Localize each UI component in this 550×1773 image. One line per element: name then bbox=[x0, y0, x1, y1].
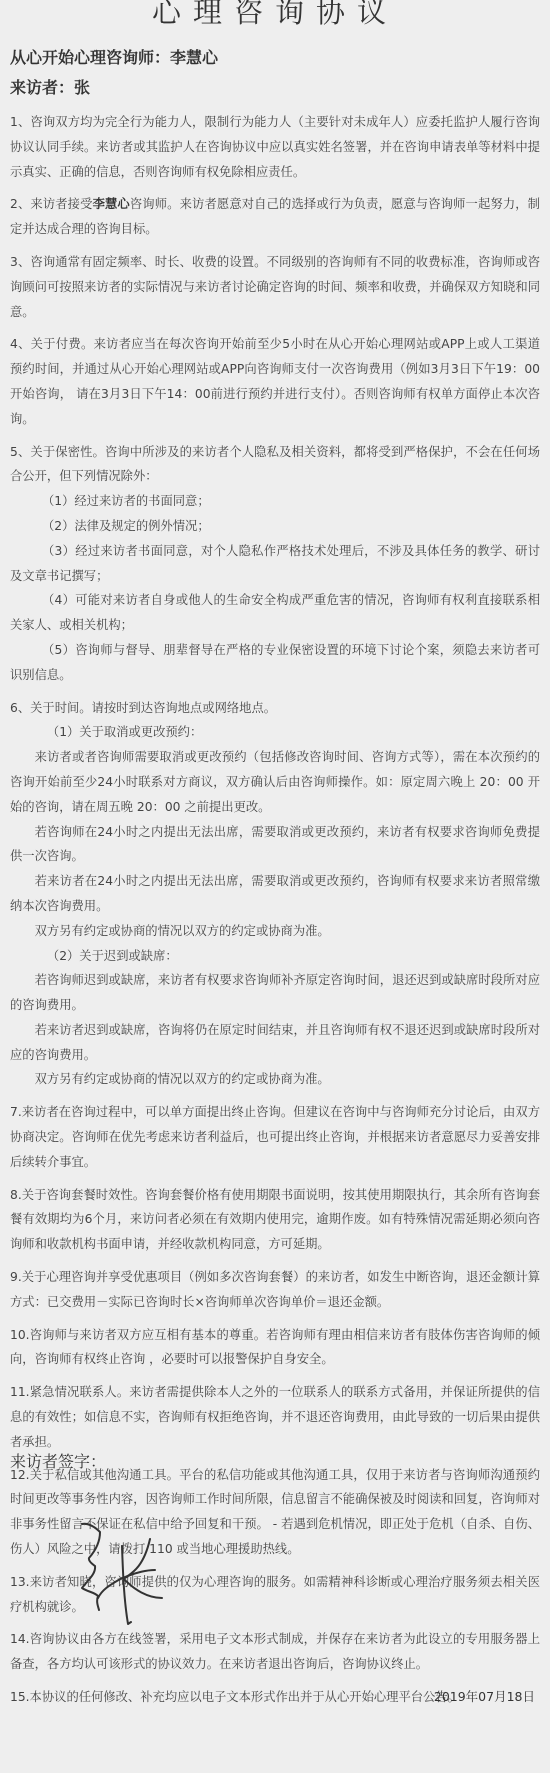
clause-9: 9.关于心理咨询并享受优惠项目（例如多次咨询套餐）的来访者，如发生中断咨询，退还… bbox=[10, 1265, 540, 1315]
clause-6-sub1-line: 来访者或者咨询师需要取消或更改预约（包括修改咨询时间、咨询方式等），需在本次预约… bbox=[10, 745, 540, 819]
clause-1: 1、咨询双方均为完全行为能力人，限制行为能力人（主要针对未成年人）应委托监护人履… bbox=[10, 110, 540, 184]
page-title: 心理咨询协议 bbox=[0, 0, 550, 32]
clause-5: 5、关于保密性。咨询中所涉及的来访者个人隐私及相关资料，都将受到严格保护，不会在… bbox=[10, 440, 540, 688]
clause-6-sub2-line: 若来访者迟到或缺席，咨询将仍在原定时间结束，并且咨询师有权不退还迟到或缺席时段所… bbox=[10, 1018, 540, 1068]
clause-5-item: （5）咨询师与督导、朋辈督导在严格的专业保密设置的环境下讨论个案，须隐去来访者可… bbox=[10, 638, 540, 688]
clause-6-sub2-line: 双方另有约定或协商的情况以双方的约定或协商为准。 bbox=[10, 1067, 540, 1092]
clause-2: 2、来访者接受李慧心咨询师。来访者愿意对自己的选择或行为负责，愿意与咨询师一起努… bbox=[10, 192, 540, 242]
clause-6-sub2-title: （2）关于迟到或缺席： bbox=[10, 944, 540, 969]
clause-5-intro: 5、关于保密性。咨询中所涉及的来访者个人隐私及相关资料，都将受到严格保护，不会在… bbox=[10, 440, 540, 490]
clause-5-item: （3）经过来访者书面同意，对个人隐私作严格技术处理后，不涉及具体任务的教学、研讨… bbox=[10, 539, 540, 589]
clause-4: 4、关于付费。来访者应当在每次咨询开始前至少5小时在从心开始心理网站或APP上或… bbox=[10, 332, 540, 431]
counselor-heading: 从心开始心理咨询师：李慧心 bbox=[10, 48, 218, 68]
clause-5-item: （1）经过来访者的书面同意； bbox=[10, 489, 540, 514]
counselor-name: 李慧心 bbox=[93, 197, 130, 211]
clause-6-intro: 6、关于时间。请按时到达咨询地点或网络地点。 bbox=[10, 696, 540, 721]
clause-6-sub1-line: 若来访者在24小时之内提出无法出席，需要取消或更改预约，咨询师有权要求来访者照常… bbox=[10, 869, 540, 919]
clause-6-sub1-line: 双方另有约定或协商的情况以双方的约定或协商为准。 bbox=[10, 919, 540, 944]
clause-10: 10.咨询师与来访者双方应互相有基本的尊重。若咨询师有理由相信来访者有肢体伤害咨… bbox=[10, 1323, 540, 1373]
clause-6-sub2-line: 若咨询师迟到或缺席，来访者有权要求咨询师补齐原定咨询时间，退还迟到或缺席时段所对… bbox=[10, 968, 540, 1018]
handwritten-signature bbox=[78, 1520, 178, 1635]
clause-5-item: （4）可能对来访者自身或他人的生命安全构成严重危害的情况，咨询师有权利直接联系相… bbox=[10, 588, 540, 638]
clause-11: 11.紧急情况联系人。来访者需提供除本人之外的一位联系人的联系方式备用，并保证所… bbox=[10, 1380, 540, 1454]
clause-7: 7.来访者在咨询过程中，可以单方面提出终止咨询。但建议在咨询中与咨询师充分讨论后… bbox=[10, 1100, 540, 1174]
clause-3: 3、咨询通常有固定频率、时长、收费的设置。不同级别的咨询师有不同的收费标准，咨询… bbox=[10, 250, 540, 324]
visitor-heading: 来访者：张 bbox=[10, 78, 90, 98]
clause-6: 6、关于时间。请按时到达咨询地点或网络地点。 （1）关于取消或更改预约： 来访者… bbox=[10, 696, 540, 1093]
clause-5-item: （2）法律及规定的例外情况； bbox=[10, 514, 540, 539]
signed-date: 2019年07月18日 bbox=[434, 1687, 535, 1705]
clause-8: 8.关于咨询套餐时效性。咨询套餐价格有使用期限书面说明，按其使用期限执行，其余所… bbox=[10, 1183, 540, 1257]
clause-6-sub1-title: （1）关于取消或更改预约： bbox=[10, 720, 540, 745]
clause-2-prefix: 2、来访者接受 bbox=[10, 197, 93, 211]
agreement-body: 1、咨询双方均为完全行为能力人，限制行为能力人（主要针对未成年人）应委托监护人履… bbox=[10, 110, 540, 1718]
signature-label: 来访者签字： bbox=[10, 1449, 106, 1472]
clause-6-sub1-line: 若咨询师在24小时之内提出无法出席，需要取消或更改预约，来访者有权要求咨询师免费… bbox=[10, 820, 540, 870]
